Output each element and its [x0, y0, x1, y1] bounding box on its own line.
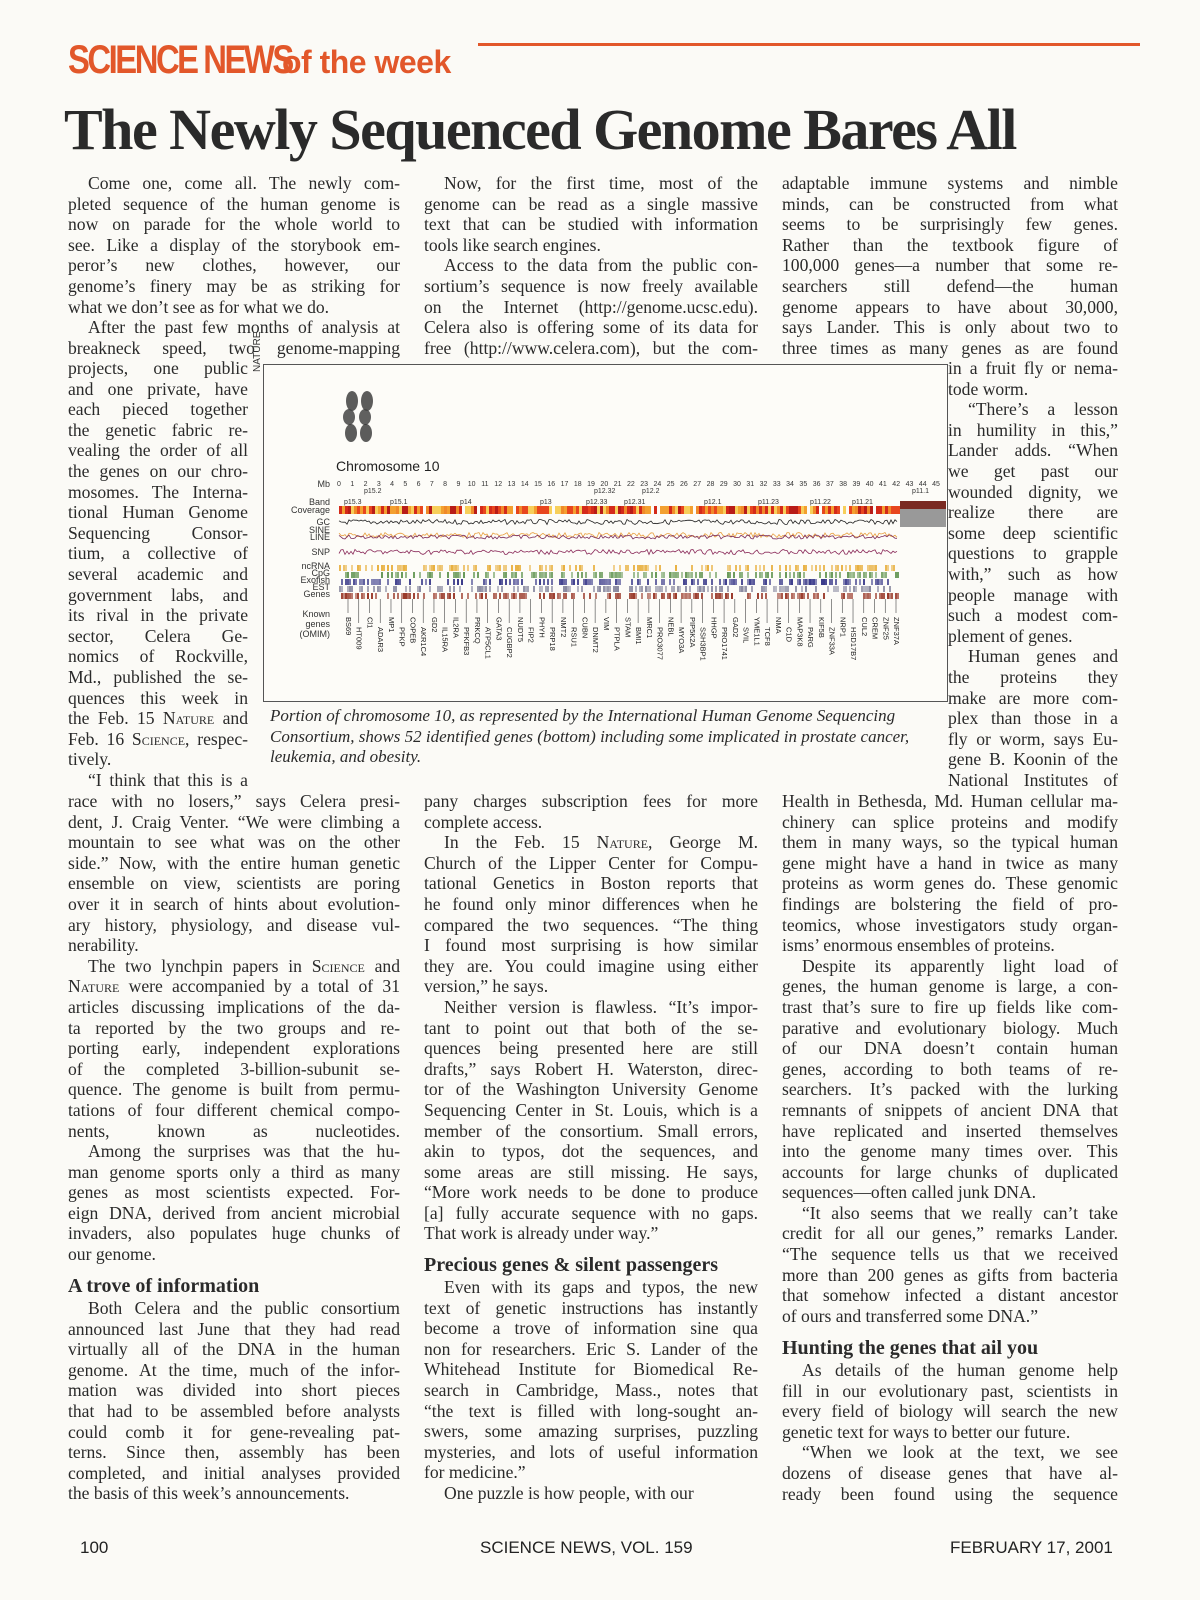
text-line: Come one, come all. The newly com- — [68, 173, 400, 194]
svg-text:8: 8 — [443, 481, 447, 488]
text-line: search in Cambridge, Mass., notes that — [424, 1380, 758, 1401]
text-line: accounts for large chunks of duplicated — [782, 1162, 1118, 1183]
text-line: he found only minor differences when he — [424, 894, 758, 915]
text-line: remnants of snippets of ancient DNA that — [782, 1100, 1118, 1121]
text-line: Sequencing Consor- — [68, 523, 248, 544]
svg-text:p15.2: p15.2 — [364, 488, 382, 495]
text-line: race with no losers,” says Celera presi- — [68, 791, 400, 812]
text-line: over it in search of hints about evoluti… — [68, 894, 400, 915]
text-line: ary history, physiology, and disease vul… — [68, 915, 400, 936]
gene-label: PIP5K2A — [688, 617, 697, 647]
text-line: now on parade for the whole world to — [68, 214, 400, 235]
text-line: genome. At the time, much of the infor- — [68, 1360, 400, 1381]
svg-text:34: 34 — [786, 481, 794, 488]
text-line: pany charges subscription fees for more — [424, 791, 758, 812]
figure-credit: NATURE — [252, 332, 263, 372]
svg-text:12: 12 — [494, 481, 502, 488]
text-line: searchers still defend—the human — [782, 276, 1118, 297]
text-line: gene B. Koonin of the — [948, 749, 1118, 770]
gene-label: PTPLA — [613, 627, 622, 651]
gene-label: AKR1C4 — [419, 627, 428, 656]
column3-block1: adaptable immune systems and nimbleminds… — [782, 173, 1118, 358]
text-line: tium, a collective of — [68, 543, 248, 564]
text-line: “I think that this is a — [68, 770, 248, 791]
svg-text:24: 24 — [654, 481, 662, 488]
text-line: nents, known as nucleotides. — [68, 1121, 400, 1142]
text-line: the basis of this week’s announcements. — [68, 1483, 400, 1504]
text-line: eign DNA, derived from ancient microbial — [68, 1203, 400, 1224]
gene-label: PRO3077 — [656, 627, 665, 660]
text-line: free (http://www.celera.com), but the co… — [424, 338, 758, 359]
gene-label: BS69 — [344, 617, 353, 635]
text-line: Even with its gaps and typos, the new — [424, 1277, 758, 1298]
gene-label: DNMT2 — [591, 627, 600, 653]
text-line: with,” such as how — [948, 564, 1118, 585]
gene-label: GD2 — [430, 617, 439, 632]
text-line: non for researchers. Eric S. Lander of t… — [424, 1339, 758, 1360]
publication-volume: SCIENCE NEWS, VOL. 159 — [480, 1538, 693, 1558]
svg-text:22: 22 — [627, 481, 635, 488]
gene-label: Cl1 — [365, 617, 374, 628]
svg-text:genes: genes — [305, 619, 330, 629]
column3-block4: As details of the human genome helpfill … — [782, 1360, 1118, 1504]
text-line: terns. Since then, assembly has been — [68, 1442, 400, 1463]
text-line: tor of the Washington University Genome — [424, 1079, 758, 1100]
column1-block4: Both Celera and the public consortiumann… — [68, 1298, 400, 1504]
text-line: its rival in the private — [68, 605, 248, 626]
svg-text:31: 31 — [746, 481, 754, 488]
svg-text:p12.32: p12.32 — [594, 488, 616, 495]
svg-text:p12.33: p12.33 — [586, 499, 608, 506]
gene-label: GAD2 — [731, 617, 740, 637]
text-line: side.” Now, with the entire human geneti… — [68, 853, 400, 874]
svg-text:2: 2 — [364, 481, 368, 488]
sine-track — [339, 533, 897, 538]
svg-text:33: 33 — [773, 481, 781, 488]
svg-text:4: 4 — [390, 481, 394, 488]
text-line: wounded dignity, we — [948, 482, 1118, 503]
text-line: tational Genetics in Boston reports that — [424, 873, 758, 894]
text-line: people manage with — [948, 585, 1118, 606]
svg-text:19: 19 — [587, 481, 595, 488]
gene-label: BMI1 — [634, 627, 643, 645]
svg-text:p12.1: p12.1 — [704, 499, 722, 506]
page-number: 100 — [80, 1538, 108, 1558]
svg-text:7: 7 — [430, 481, 434, 488]
svg-text:30: 30 — [733, 481, 741, 488]
text-line: the Feb. 15 Nature and — [68, 708, 248, 729]
text-line: swers, some amazing surprises, puzzling — [424, 1421, 758, 1442]
column2-block3: Even with its gaps and typos, the newtex… — [424, 1277, 758, 1504]
text-line: mation was divided into short pieces — [68, 1380, 400, 1401]
text-line: Sequencing Center in St. Louis, which is… — [424, 1100, 758, 1121]
text-line: Church of the Lipper Center for Compu- — [424, 853, 758, 874]
text-line: “There’s a lesson — [948, 399, 1118, 420]
text-line: the genes on our chro- — [68, 461, 248, 482]
svg-text:20: 20 — [600, 481, 608, 488]
text-line: text of genetic instructions has instant… — [424, 1298, 758, 1319]
svg-text:41: 41 — [879, 481, 887, 488]
text-line: version,” he says. — [424, 976, 758, 997]
text-line: Lander adds. “When — [948, 440, 1118, 461]
headline: The Newly Sequenced Genome Bares All — [64, 96, 1016, 163]
gene-label: STAM — [623, 617, 632, 637]
text-line: nomics of Rockville, — [68, 646, 248, 667]
svg-text:35: 35 — [799, 481, 807, 488]
text-line: compared the two sequences. “The thing — [424, 915, 758, 936]
text-line: isms’ enormous ensembles of proteins. — [782, 935, 1118, 956]
gene-label: NRP1 — [838, 617, 847, 637]
gene-label: MAP3K8 — [795, 617, 804, 647]
gene-label: ATP5CL1 — [484, 627, 493, 659]
svg-text:10: 10 — [468, 481, 476, 488]
text-line: each pieced together — [68, 399, 248, 420]
text-line: projects, one public — [68, 358, 248, 379]
svg-text:p12.2: p12.2 — [642, 488, 660, 495]
text-line: genome’s finery may be as striking for — [68, 276, 400, 297]
text-line: akin to typos, dot the sequences, and — [424, 1141, 758, 1162]
gene-label: PRKCQ — [473, 617, 482, 644]
text-line: That work is already under way.” — [424, 1223, 758, 1244]
gene-label: ADAR3 — [376, 627, 385, 652]
text-line: I found most surprising is how similar — [424, 935, 758, 956]
text-line: After the past few months of analysis at — [68, 317, 400, 338]
gene-label: C1D — [785, 627, 794, 643]
text-line: ensemble on view, scientists are poring — [68, 873, 400, 894]
text-line: invaders, also populates huge chunks of — [68, 1223, 400, 1244]
column3-block3: Health in Bethesda, Md. Human cellular m… — [782, 791, 1118, 1326]
text-line: every field of biology will search the n… — [782, 1401, 1118, 1422]
known-genes: BS69HT009Cl1ADAR3MP1PFKPCOPEBAKR1C4GD2IL… — [344, 599, 901, 661]
svg-text:p11.1: p11.1 — [912, 488, 929, 495]
gene-label: ZNF37A — [892, 617, 901, 645]
text-line: says Lander. This is only about two to — [782, 317, 1118, 338]
svg-text:LINE: LINE — [310, 532, 330, 542]
svg-text:Known: Known — [302, 609, 330, 619]
text-line: One puzzle is how people, with our — [424, 1483, 758, 1504]
text-line: we get past our — [948, 461, 1118, 482]
gene-label: FIP2 — [527, 627, 536, 643]
svg-text:p13: p13 — [540, 499, 552, 506]
snp-track — [339, 550, 897, 555]
text-line: fly or worm, says Eu- — [948, 729, 1118, 750]
svg-text:5: 5 — [403, 481, 407, 488]
column3-block2: in a fruit fly or nema-tode worm.“There’… — [948, 358, 1118, 790]
text-line: Neither version is flawless. “It’s impor… — [424, 997, 758, 1018]
text-line: tional Human Genome — [68, 502, 248, 523]
text-line: [a] fully accurate sequence with no gaps… — [424, 1203, 758, 1224]
text-line: the genetic fabric re- — [68, 420, 248, 441]
text-line: 100,000 genes—a number that some re- — [782, 255, 1118, 276]
text-line: quence. The genome is built from permu- — [68, 1079, 400, 1100]
text-line: mountain to see what was on the other — [68, 832, 400, 853]
svg-text:p15.3: p15.3 — [344, 499, 362, 506]
text-line: adaptable immune systems and nimble — [782, 173, 1118, 194]
text-line: “the text is filled with long-sought an- — [424, 1401, 758, 1422]
gene-label: RSU1 — [570, 627, 579, 647]
text-line: completed, and initial analyses provided — [68, 1463, 400, 1484]
text-line: trast that’s sure to fire up fields like… — [782, 997, 1118, 1018]
svg-text:45: 45 — [932, 481, 940, 488]
svg-text:37: 37 — [826, 481, 834, 488]
text-line: Md., published the se- — [68, 667, 248, 688]
text-line: what we don’t see as for what we do. — [68, 297, 400, 318]
text-line: plex than those in a — [948, 708, 1118, 729]
text-line: chinery can splice proteins and modify — [782, 812, 1118, 833]
text-line: tations of four different chemical compo… — [68, 1100, 400, 1121]
svg-text:13: 13 — [508, 481, 516, 488]
gene-label: IL15RA — [441, 627, 450, 652]
text-line: tools like search engines. — [424, 235, 758, 256]
text-line: in a fruit fly or nema- — [948, 358, 1118, 379]
text-line: man genome sports only a third as many — [68, 1162, 400, 1183]
text-line: realize there are — [948, 502, 1118, 523]
svg-text:11: 11 — [481, 481, 488, 488]
chromosome-10-map: Chromosome 10 MbBandCoverageGCSINELINESN… — [264, 365, 947, 701]
text-line: questions to grapple — [948, 543, 1118, 564]
text-line: Whitehead Institute for Biomedical Re- — [424, 1359, 758, 1380]
svg-text:27: 27 — [693, 481, 701, 488]
svg-text:9: 9 — [456, 481, 460, 488]
gene-label: GATA3 — [494, 617, 503, 640]
subhead-hunting-genes: Hunting the genes that ail you — [782, 1337, 1038, 1360]
text-line: Despite its apparently light load of — [782, 956, 1118, 977]
column1-block2: projects, one publicand one private, hav… — [68, 358, 248, 790]
svg-text:p15.1: p15.1 — [390, 499, 408, 506]
gene-label: ZNF25 — [881, 617, 890, 640]
band-labels: p15.2p12.32p12.2p11.1p15.3p15.1p14p13p12… — [344, 488, 929, 506]
text-line: for medicine.” — [424, 1462, 758, 1483]
text-line: dozens of disease genes that have al- — [782, 1463, 1118, 1484]
gc-track — [339, 520, 897, 525]
gene-label: CUL2 — [860, 617, 869, 636]
text-line: peror’s new clothes, however, our — [68, 255, 400, 276]
feature-tracks — [339, 565, 899, 599]
column2-block2: pany charges subscription fees for morec… — [424, 791, 758, 1244]
svg-text:p11.22: p11.22 — [810, 499, 831, 506]
text-line: announced last June that they had read — [68, 1319, 400, 1340]
coverage-track — [339, 506, 900, 514]
text-line: Nature were accompanied by a total of 31 — [68, 976, 400, 997]
text-line: some areas are still missing. He says, — [424, 1162, 758, 1183]
issue-date: FEBRUARY 17, 2001 — [950, 1538, 1113, 1558]
text-line: text that can be studied with informatio… — [424, 214, 758, 235]
text-line: National Institutes of — [948, 770, 1118, 791]
text-line: mysteries, and lots of useful informatio… — [424, 1442, 758, 1463]
subhead-trove: A trove of information — [68, 1275, 259, 1298]
gene-label: MYO3A — [677, 627, 686, 653]
chromosome-figure: Chromosome 10 MbBandCoverageGCSINELINESN… — [263, 364, 948, 702]
svg-text:17: 17 — [561, 481, 569, 488]
svg-text:6: 6 — [417, 481, 421, 488]
text-line: of the completed 3-billion-subunit se- — [68, 1059, 400, 1080]
text-line: on the Internet (http://genome.ucsc.edu)… — [424, 297, 758, 318]
svg-text:Coverage: Coverage — [291, 505, 330, 515]
text-line: credit for all our genes,” remarks Lande… — [782, 1223, 1118, 1244]
text-line: and one private, have — [68, 379, 248, 400]
svg-text:p11.21: p11.21 — [852, 499, 873, 506]
text-line: Human genes and — [948, 646, 1118, 667]
text-line: more than 200 genes as gifts from bacter… — [782, 1265, 1118, 1286]
masthead-tagline: of the week — [282, 44, 451, 81]
text-line: genes, according to both teams of re- — [782, 1059, 1118, 1080]
track-labels: MbBandCoverageGCSINELINESNPncRNACpGExofi… — [291, 479, 331, 639]
text-line: quences this week in — [68, 688, 248, 709]
gene-label: NEBL — [666, 617, 675, 637]
svg-text:43: 43 — [906, 481, 914, 488]
subhead-precious-genes: Precious genes & silent passengers — [424, 1254, 718, 1277]
text-line: genome can be read as a single massive — [424, 194, 758, 215]
text-line: sequences—often called junk DNA. — [782, 1182, 1118, 1203]
text-line: vealing the order of all — [68, 440, 248, 461]
svg-text:39: 39 — [853, 481, 861, 488]
gene-label: PHYH — [537, 617, 546, 638]
text-line: porting early, independent explorations — [68, 1038, 400, 1059]
text-line: In the Feb. 15 Nature, George M. — [424, 832, 758, 853]
text-line: such a modest com- — [948, 605, 1118, 626]
gene-label: PARG — [806, 627, 815, 648]
gene-label: HT009 — [355, 627, 364, 650]
gene-label: TCF8 — [763, 627, 772, 646]
text-line: minds, can be constructed from what — [782, 194, 1118, 215]
text-line: government labs, and — [68, 585, 248, 606]
gene-label: PRO1741 — [720, 627, 729, 660]
text-line: “It also seems that we really can’t take — [782, 1203, 1118, 1224]
gene-label: COPEB — [408, 617, 417, 643]
svg-text:28: 28 — [707, 481, 715, 488]
gene-label: CREM — [871, 617, 880, 639]
svg-text:14: 14 — [521, 481, 529, 488]
text-line: sortium’s sequence is now freely availab… — [424, 276, 758, 297]
svg-text:Mb: Mb — [317, 479, 330, 489]
text-line: three times as many genes as are found — [782, 338, 1118, 359]
text-line: parative and evolutionary biology. Much — [782, 1018, 1118, 1039]
text-line: pleted sequence of the human genome is — [68, 194, 400, 215]
gene-label: SVIL — [742, 627, 751, 643]
gene-label: HSD17B7 — [849, 627, 858, 660]
text-line: of our DNA doesn’t contain human — [782, 1038, 1118, 1059]
svg-text:(OMIM): (OMIM) — [300, 629, 331, 639]
svg-text:18: 18 — [574, 481, 582, 488]
svg-text:21: 21 — [614, 481, 622, 488]
text-line: some deep scientific — [948, 523, 1118, 544]
gene-label: CUGBP2 — [505, 627, 514, 658]
text-line: see. Like a display of the storybook em- — [68, 235, 400, 256]
gene-label: KIF5B — [817, 617, 826, 638]
text-line: could comb it for gene-revealing pat- — [68, 1422, 400, 1443]
gene-label: PRP18 — [548, 627, 557, 651]
text-line: Rather than the textbook figure of — [782, 235, 1118, 256]
figure-title: Chromosome 10 — [336, 458, 440, 474]
text-line: fill in our evolutionary past, scientist… — [782, 1381, 1118, 1402]
gene-label: HHGP — [709, 617, 718, 639]
masthead-brand: SCIENCE NEWS — [68, 38, 292, 83]
text-line: our genome. — [68, 1244, 400, 1265]
gene-label: ZNF33A — [828, 627, 837, 655]
text-line: breakneck speed, two genome-mapping — [68, 338, 400, 359]
text-line: articles discussing implications of the … — [68, 997, 400, 1018]
text-line: that had to be assembled before analysts — [68, 1401, 400, 1422]
gene-label: PFKP — [398, 627, 407, 647]
text-line: Celera also is offering some of its data… — [424, 317, 758, 338]
text-line: become a trove of information sine qua — [424, 1318, 758, 1339]
text-line: teomics, whose investigators study organ… — [782, 915, 1118, 936]
masthead: SCIENCE NEWS of the week — [68, 38, 341, 83]
text-line: Feb. 16 Science, respec- — [68, 729, 248, 750]
text-line: gene might have a hand in twice as many — [782, 853, 1118, 874]
text-line: that somehow infected a distant ancestor — [782, 1285, 1118, 1306]
svg-text:p14: p14 — [460, 499, 472, 506]
text-line: quences being presented here are still — [424, 1038, 758, 1059]
svg-text:16: 16 — [547, 481, 555, 488]
text-line: “More work needs to be done to produce — [424, 1182, 758, 1203]
svg-text:1: 1 — [350, 481, 354, 488]
column1-block1: Come one, come all. The newly com-pleted… — [68, 173, 400, 358]
text-line: “When we look at the text, we see — [782, 1442, 1118, 1463]
text-line: tively. — [68, 749, 248, 770]
text-line: virtually all of the DNA in the human — [68, 1339, 400, 1360]
svg-text:3: 3 — [377, 481, 381, 488]
text-line: Now, for the first time, most of the — [424, 173, 758, 194]
text-line: As details of the human genome help — [782, 1360, 1118, 1381]
text-line: plement of genes. — [948, 626, 1118, 647]
text-line: have replicated and inserted themselves — [782, 1121, 1118, 1142]
svg-text:23: 23 — [640, 481, 648, 488]
svg-text:40: 40 — [866, 481, 874, 488]
gene-label: MP1 — [387, 617, 396, 632]
text-line: nerability. — [68, 935, 400, 956]
text-line: The two lynchpin papers in Science and — [68, 956, 400, 977]
text-line: proteins as worm genes do. These genomic — [782, 873, 1118, 894]
text-line: findings are bolstering the field of pro… — [782, 894, 1118, 915]
text-line: genes as most scientists expected. For- — [68, 1182, 400, 1203]
text-line: of ours and transferred some DNA.” — [782, 1306, 1118, 1327]
text-line: in humility in this,” — [948, 420, 1118, 441]
gene-label: NUDT5 — [516, 617, 525, 642]
gene-label: SSH3BP1 — [699, 627, 708, 661]
svg-text:p12.31: p12.31 — [624, 499, 646, 506]
svg-text:15: 15 — [534, 481, 542, 488]
svg-text:38: 38 — [839, 481, 847, 488]
text-line: mosomes. The Interna- — [68, 482, 248, 503]
text-line: tode worm. — [948, 379, 1118, 400]
text-line: several academic and — [68, 564, 248, 585]
text-line: Both Celera and the public consortium — [68, 1298, 400, 1319]
text-line: genome appears to have about 30,000, — [782, 297, 1118, 318]
text-line: drafts,” says Robert H. Waterston, direc… — [424, 1059, 758, 1080]
masthead-rule — [478, 43, 1140, 46]
text-line: genes, the human genome is large, a con- — [782, 976, 1118, 997]
svg-text:p11.23: p11.23 — [758, 499, 779, 506]
text-line: Among the surprises was that the hu- — [68, 1141, 400, 1162]
text-line: searchers. It’s packed with the lurking — [782, 1079, 1118, 1100]
mb-axis-ticks: 0123456789101112131415161718192021222324… — [337, 481, 940, 488]
gene-label: NMT2 — [559, 617, 568, 637]
gene-label: VIM — [602, 617, 611, 630]
svg-text:29: 29 — [720, 481, 728, 488]
text-line: into the genome many times over. This — [782, 1141, 1118, 1162]
svg-text:25: 25 — [667, 481, 675, 488]
text-line: ready been found using the sequence — [782, 1484, 1118, 1505]
column1-block3: race with no losers,” says Celera presi-… — [68, 791, 400, 1265]
gene-label: IL2RA — [451, 617, 460, 638]
text-line: the proteins they — [948, 667, 1118, 688]
text-line: genetic text for ways to better our futu… — [782, 1422, 1118, 1443]
text-line: complete access. — [424, 812, 758, 833]
gene-label: PFKFB3 — [462, 627, 471, 655]
text-line: seems to be surprisingly few genes. — [782, 214, 1118, 235]
svg-text:44: 44 — [919, 481, 927, 488]
